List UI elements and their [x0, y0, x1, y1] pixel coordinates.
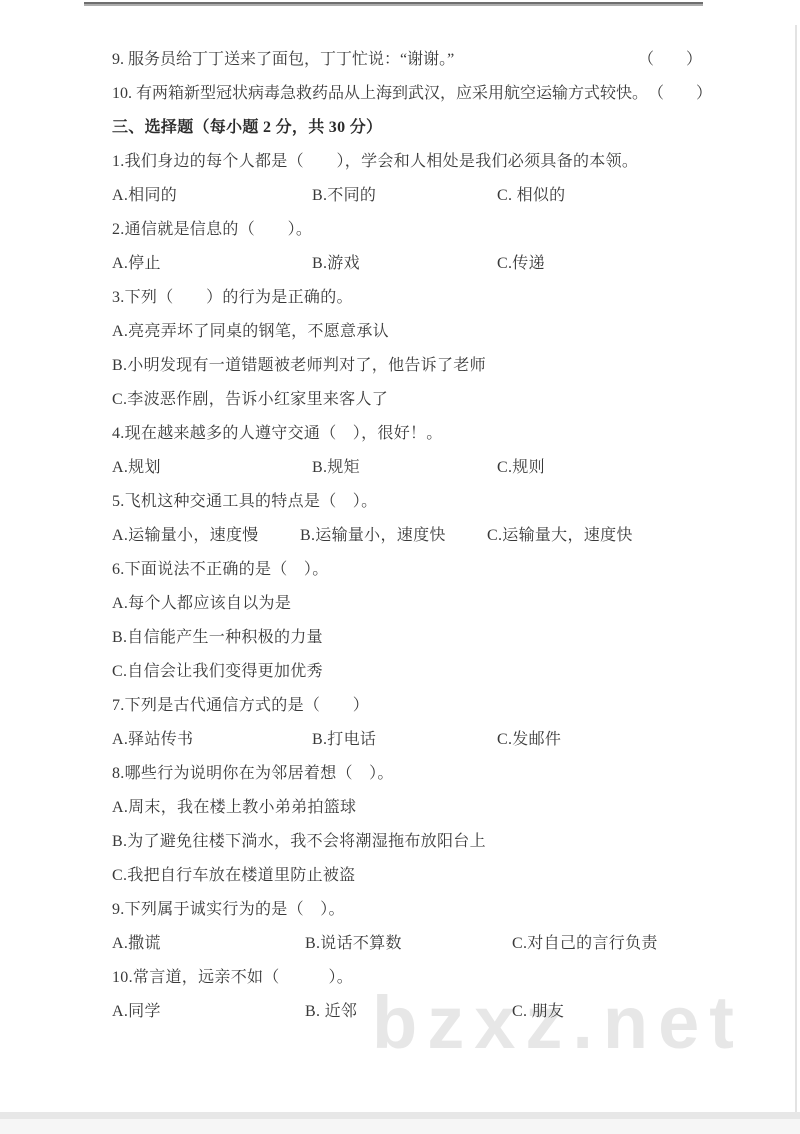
mc-question-3-option-a: A.亮亮弄坏了同桌的钢笔，不愿意承认	[112, 322, 702, 342]
mc-question-7-option-b: B.打电话	[312, 730, 497, 750]
judge-question-10: 10. 有两箱新型冠状病毒急救药品从上海到武汉，应采用航空运输方式较快。 （ ）	[112, 84, 702, 104]
mc-question-2-option-a: A.停止	[112, 254, 312, 274]
mc-question-3-option-b: B.小明发现有一道错题被老师判对了，他告诉了老师	[112, 356, 702, 376]
mc-question-10-option-a: A.同学	[112, 1002, 305, 1022]
mc-question-10-option-b: B. 近邻	[305, 1002, 512, 1022]
mc-question-7-text: 7.下列是古代通信方式的是（ ）	[112, 696, 702, 716]
judge-question-9: 9. 服务员给丁丁送来了面包，丁丁忙说：“谢谢。” （ ）	[112, 50, 702, 70]
section-title: 三、选择题（每小题 2 分，共 30 分）	[112, 118, 702, 138]
mc-question-3-option-c: C.李波恶作剧，告诉小红家里来客人了	[112, 390, 702, 410]
mc-question-3-text: 3.下列（ ）的行为是正确的。	[112, 288, 702, 308]
page-bottom-edge	[0, 1112, 800, 1119]
mc-question-8-option-c: C.我把自行车放在楼道里防止被盗	[112, 866, 702, 886]
mc-question-2-options: A.停止 B.游戏 C.传递	[112, 254, 702, 274]
page-right-edge	[795, 25, 797, 1112]
exam-document-page: { "watermark": "bzxz.net", "judge": { "q…	[0, 0, 800, 1134]
mc-question-1-text: 1.我们身边的每个人都是（ ），学会和人相处是我们必须具备的本领。	[112, 152, 702, 172]
mc-question-7-option-a: A.驿站传书	[112, 730, 312, 750]
mc-question-6-option-c: C.自信会让我们变得更加优秀	[112, 662, 702, 682]
mc-question-5-option-a: A.运输量小，速度慢	[112, 526, 300, 546]
judge-question-9-answer-blank: （ ）	[638, 50, 702, 70]
mc-question-4-option-b: B.规矩	[312, 458, 497, 478]
mc-question-1-option-c: C. 相似的	[497, 186, 702, 206]
mc-question-1-option-b: B.不同的	[312, 186, 497, 206]
mc-question-1-option-a: A.相同的	[112, 186, 312, 206]
mc-question-5-options: A.运输量小，速度慢 B.运输量小，速度快 C.运输量大，速度快	[112, 526, 702, 546]
mc-question-6-text: 6.下面说法不正确的是（ ）。	[112, 560, 702, 580]
mc-question-10-options: A.同学 B. 近邻 C. 朋友	[112, 1002, 702, 1022]
mc-question-8-text: 8.哪些行为说明你在为邻居着想（ ）。	[112, 764, 702, 784]
judge-question-10-answer-blank: （ ）	[648, 84, 712, 104]
mc-question-9-text: 9.下列属于诚实行为的是（ ）。	[112, 900, 702, 920]
mc-question-5-text: 5.飞机这种交通工具的特点是（ ）。	[112, 492, 702, 512]
mc-question-10-option-c: C. 朋友	[512, 1002, 702, 1022]
mc-question-9-option-a: A.撒谎	[112, 934, 305, 954]
mc-question-8-option-b: B.为了避免往楼下淌水，我不会将潮湿拖布放阳台上	[112, 832, 702, 852]
mc-question-7-options: A.驿站传书 B.打电话 C.发邮件	[112, 730, 702, 750]
mc-question-1-options: A.相同的 B.不同的 C. 相似的	[112, 186, 702, 206]
page-top-border	[84, 2, 703, 6]
mc-question-5-option-c: C.运输量大，速度快	[487, 526, 702, 546]
mc-question-8-option-a: A.周末，我在楼上教小弟弟拍篮球	[112, 798, 702, 818]
mc-question-6-option-b: B.自信能产生一种积极的力量	[112, 628, 702, 648]
mc-question-7-option-c: C.发邮件	[497, 730, 702, 750]
mc-question-10-text: 10.常言道，远亲不如（ ）。	[112, 968, 702, 988]
mc-question-2-option-b: B.游戏	[312, 254, 497, 274]
mc-question-6-option-a: A.每个人都应该自以为是	[112, 594, 702, 614]
mc-question-9-option-b: B.说话不算数	[305, 934, 512, 954]
mc-question-2-text: 2.通信就是信息的（ ）。	[112, 220, 702, 240]
mc-question-4-text: 4.现在越来越多的人遵守交通（ ），很好！。	[112, 424, 702, 444]
exam-content: 9. 服务员给丁丁送来了面包，丁丁忙说：“谢谢。” （ ） 10. 有两箱新型冠…	[112, 50, 702, 1036]
mc-question-4-option-a: A.规划	[112, 458, 312, 478]
viewer-background-gap	[0, 1119, 800, 1134]
mc-question-9-option-c: C.对自己的言行负责	[512, 934, 702, 954]
mc-question-5-option-b: B.运输量小，速度快	[300, 526, 487, 546]
mc-question-4-option-c: C.规则	[497, 458, 702, 478]
mc-question-9-options: A.撒谎 B.说话不算数 C.对自己的言行负责	[112, 934, 702, 954]
mc-question-4-options: A.规划 B.规矩 C.规则	[112, 458, 702, 478]
judge-question-9-text: 9. 服务员给丁丁送来了面包，丁丁忙说：“谢谢。”	[112, 50, 454, 70]
judge-question-10-text: 10. 有两箱新型冠状病毒急救药品从上海到武汉，应采用航空运输方式较快。	[112, 84, 648, 104]
mc-question-2-option-c: C.传递	[497, 254, 702, 274]
